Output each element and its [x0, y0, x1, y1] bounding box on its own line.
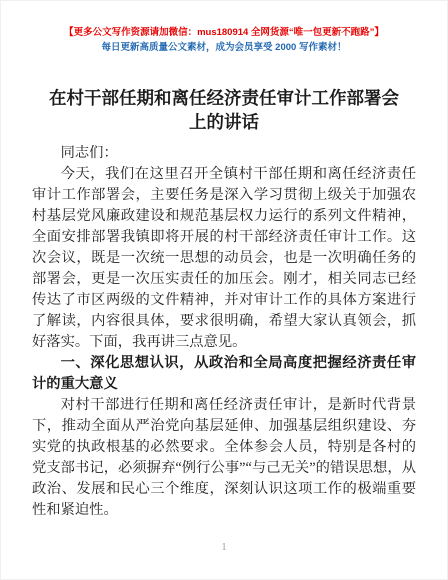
- watermark-header: 【更多公文写作资源请加微信：mus180914 全网货源“唯一包更新不跑路”】 …: [1, 1, 447, 55]
- paragraph-intro: 今天，我们在这里召开全镇村干部任期和离任经济责任审计工作部署会，主要任务是深入学…: [32, 164, 416, 353]
- document-title-line-1: 在村干部任期和离任经济责任审计工作部署会: [25, 86, 423, 110]
- document-body: 同志们： 今天，我们在这里召开全镇村干部任期和离任经济责任审计工作部署会，主要任…: [32, 143, 416, 521]
- section-heading-1: 一、深化思想认识，从政治和全局高度把握经济责任审计的重大意义: [32, 353, 416, 395]
- watermark-line-red: 【更多公文写作资源请加微信：mus180914 全网货源“唯一包更新不跑路”】: [1, 25, 447, 40]
- document-title-line-2: 上的讲话: [25, 110, 423, 134]
- page-number: 1: [1, 542, 447, 554]
- document-page: 【更多公文写作资源请加微信：mus180914 全网货源“唯一包更新不跑路”】 …: [0, 0, 448, 580]
- paragraph-salutation: 同志们：: [32, 143, 416, 164]
- paragraph-section-1-body: 对村干部进行任期和离任经济责任审计，是新时代背景下，推动全面从严治党向基层延伸、…: [32, 395, 416, 521]
- document-title: 在村干部任期和离任经济责任审计工作部署会 上的讲话: [25, 86, 423, 134]
- watermark-line-blue: 每日更新高质量公文素材，成为会员享受 2000 写作素材！: [1, 40, 447, 55]
